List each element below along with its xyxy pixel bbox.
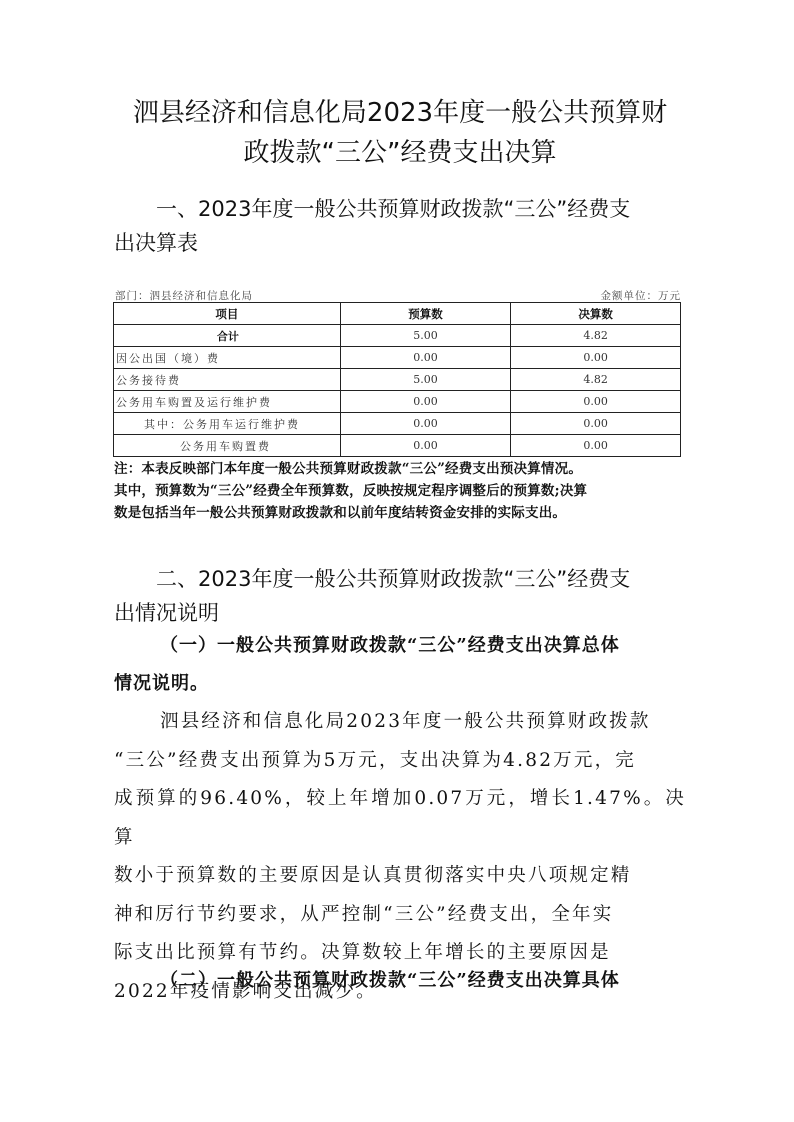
row-actual: 0.00 [511, 413, 681, 435]
table-row: 其中：公务用车运行维护费 0.00 0.00 [114, 413, 681, 435]
section1-heading: 一、2023年度一般公共预算财政拨款“三公”经费支 出决算表 [114, 192, 686, 260]
unit-label: 金额单位：万元 [601, 288, 682, 303]
subsection2-heading-line-1: （二）一般公共预算财政拨款“三公”经费支出决算具体 [160, 970, 620, 991]
header-item: 项目 [114, 303, 341, 325]
para-line: “三公”经费支出预算为5万元，支出决算为4.82万元，完 [114, 742, 686, 781]
row-item: 因公出国（境）费 [114, 347, 341, 369]
table-row-total: 合计 5.00 4.82 [114, 325, 681, 347]
header-actual: 决算数 [511, 303, 681, 325]
para-line: 神和厉行节约要求，从严控制“三公”经费支出，全年实 [114, 896, 686, 935]
subsection1-heading-line-2: 情况说明。 [114, 665, 686, 703]
row-budget: 0.00 [340, 391, 511, 413]
title-line-1: 泗县经济和信息化局2023年度一般公共预算财 [100, 93, 700, 133]
row-budget: 0.00 [340, 435, 511, 457]
row-actual: 0.00 [511, 435, 681, 457]
table-row: 公务用车购置及运行维护费 0.00 0.00 [114, 391, 681, 413]
row-actual: 4.82 [511, 369, 681, 391]
document-title: 泗县经济和信息化局2023年度一般公共预算财 政拨款“三公”经费支出决算 [100, 93, 700, 173]
table-note: 注：本表反映部门本年度一般公共预算财政拨款“三公”经费支出预决算情况。 其中，预… [114, 458, 686, 524]
three-public-expenses-table: 项目 预算数 决算数 合计 5.00 4.82 因公出国（境）费 0.00 0.… [113, 302, 681, 457]
row-budget: 5.00 [340, 369, 511, 391]
row-item: 公务接待费 [114, 369, 341, 391]
subsection1-heading: （一）一般公共预算财政拨款“三公”经费支出决算总体 情况说明。 [114, 627, 686, 703]
table-row: 公务接待费 5.00 4.82 [114, 369, 681, 391]
section2-heading: 二、2023年度一般公共预算财政拨款“三公”经费支 出情况说明 [114, 562, 686, 630]
row-item: 合计 [114, 325, 341, 347]
row-actual: 0.00 [511, 391, 681, 413]
row-actual: 4.82 [511, 325, 681, 347]
row-budget: 0.00 [340, 413, 511, 435]
table-row: 因公出国（境）费 0.00 0.00 [114, 347, 681, 369]
section1-heading-line-2: 出决算表 [114, 226, 686, 260]
header-budget: 预算数 [340, 303, 511, 325]
para-line: 泗县经济和信息化局2023年度一般公共预算财政拨款 [160, 711, 651, 732]
row-item: 其中：公务用车运行维护费 [114, 413, 341, 435]
title-line-2: 政拨款“三公”经费支出决算 [100, 133, 700, 173]
row-item: 公务用车购置及运行维护费 [114, 391, 341, 413]
table-row: 公务用车购置费 0.00 0.00 [114, 435, 681, 457]
section2-heading-line-2: 出情况说明 [114, 596, 686, 630]
table-header-row: 项目 预算数 决算数 [114, 303, 681, 325]
note-line-1: 注：本表反映部门本年度一般公共预算财政拨款“三公”经费支出预决算情况。 [114, 458, 686, 480]
subsection1-heading-line-1: （一）一般公共预算财政拨款“三公”经费支出决算总体 [160, 635, 620, 656]
row-budget: 5.00 [340, 325, 511, 347]
section1-heading-line-1: 一、2023年度一般公共预算财政拨款“三公”经费支 [156, 197, 630, 221]
row-actual: 0.00 [511, 347, 681, 369]
row-item: 公务用车购置费 [114, 435, 341, 457]
note-line-3: 数是包括当年一般公共预算财政拨款和以前年度结转资金安排的实际支出。 [114, 502, 686, 524]
section2-heading-line-1: 二、2023年度一般公共预算财政拨款“三公”经费支 [156, 567, 630, 591]
para-line: 数小于预算数的主要原因是认真贯彻落实中央八项规定精 [114, 857, 686, 896]
para-line: 成预算的96.40%，较上年增加0.07万元，增长1.47%。决算 [114, 780, 686, 857]
row-budget: 0.00 [340, 347, 511, 369]
department-label: 部门：泗县经济和信息化局 [115, 288, 253, 303]
note-line-2: 其中，预算数为“三公”经费全年预算数，反映按规定程序调整后的预算数;决算 [114, 480, 686, 502]
subsection2-heading: （二）一般公共预算财政拨款“三公”经费支出决算具体 [114, 962, 686, 1000]
